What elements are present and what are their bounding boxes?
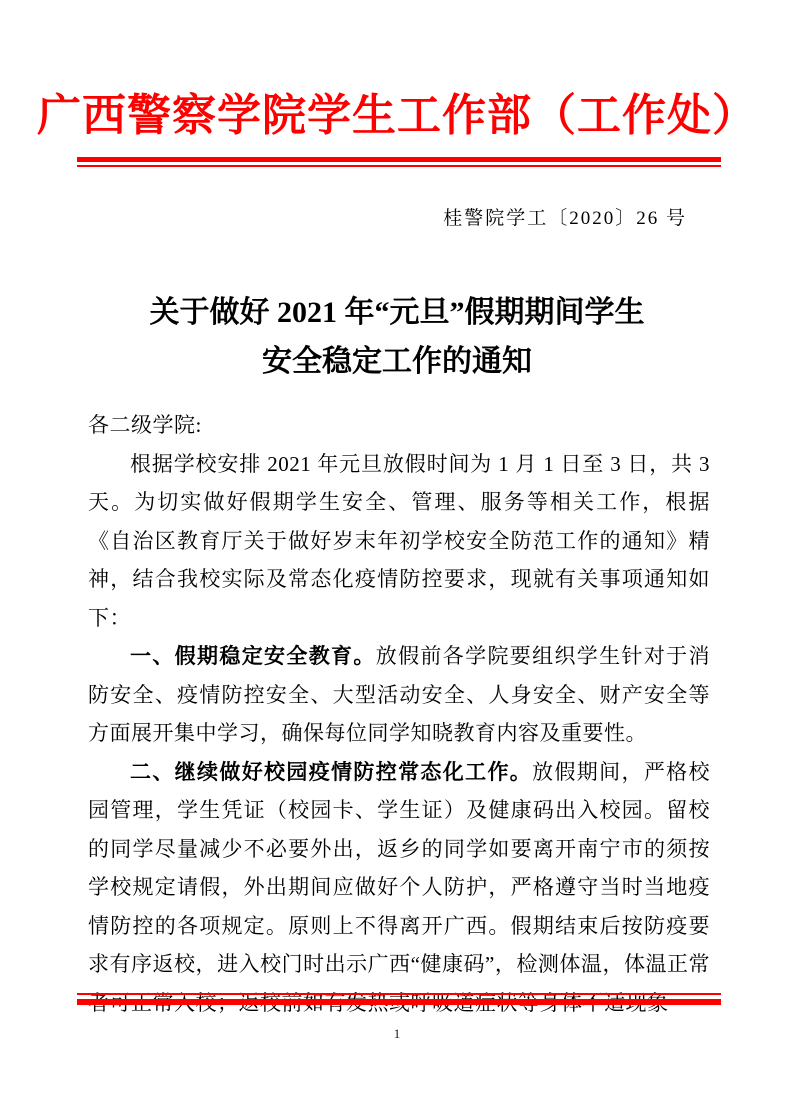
section-2-text: 放假期间，严格校园管理，学生凭证（校园卡、学生证）及健康码出入校园。留校的同学尽… (88, 760, 710, 1015)
letterhead-divider-thin-line (77, 165, 721, 167)
letterhead-divider (77, 157, 721, 167)
footer-divider (77, 993, 721, 1005)
section-2-paragraph: 二、继续做好校园疫情防控常态化工作。放假期间，严格校园管理，学生凭证（校园卡、学… (88, 753, 710, 1023)
page-number: 1 (0, 1026, 794, 1042)
section-1-paragraph: 一、假期稳定安全教育。放假前各学院要组织学生针对于消防安全、疫情防控安全、大型活… (88, 637, 710, 753)
document-body: 各二级学院: 根据学校安排 2021 年元旦放假时间为 1 月 1 日至 3 日… (88, 406, 710, 1022)
section-2-heading: 二、继续做好校园疫情防控常态化工作。 (130, 760, 532, 784)
document-reference-number: 桂警院学工〔2020〕26 号 (443, 203, 687, 230)
footer-divider-thick-line (77, 999, 721, 1005)
section-1-heading: 一、假期稳定安全教育。 (130, 644, 376, 668)
letterhead-org-title: 广西警察学院学生工作部（工作处） (0, 90, 794, 142)
document-page: 广西警察学院学生工作部（工作处） 桂警院学工〔2020〕26 号 关于做好 20… (0, 0, 794, 1108)
salutation: 各二级学院: (88, 406, 710, 445)
document-title-line-2: 安全稳定工作的通知 (0, 337, 794, 386)
intro-paragraph: 根据学校安排 2021 年元旦放假时间为 1 月 1 日至 3 日，共 3 天。… (88, 445, 710, 638)
document-title: 关于做好 2021 年“元旦”假期期间学生 安全稳定工作的通知 (0, 288, 794, 386)
document-title-line-1: 关于做好 2021 年“元旦”假期期间学生 (0, 288, 794, 337)
